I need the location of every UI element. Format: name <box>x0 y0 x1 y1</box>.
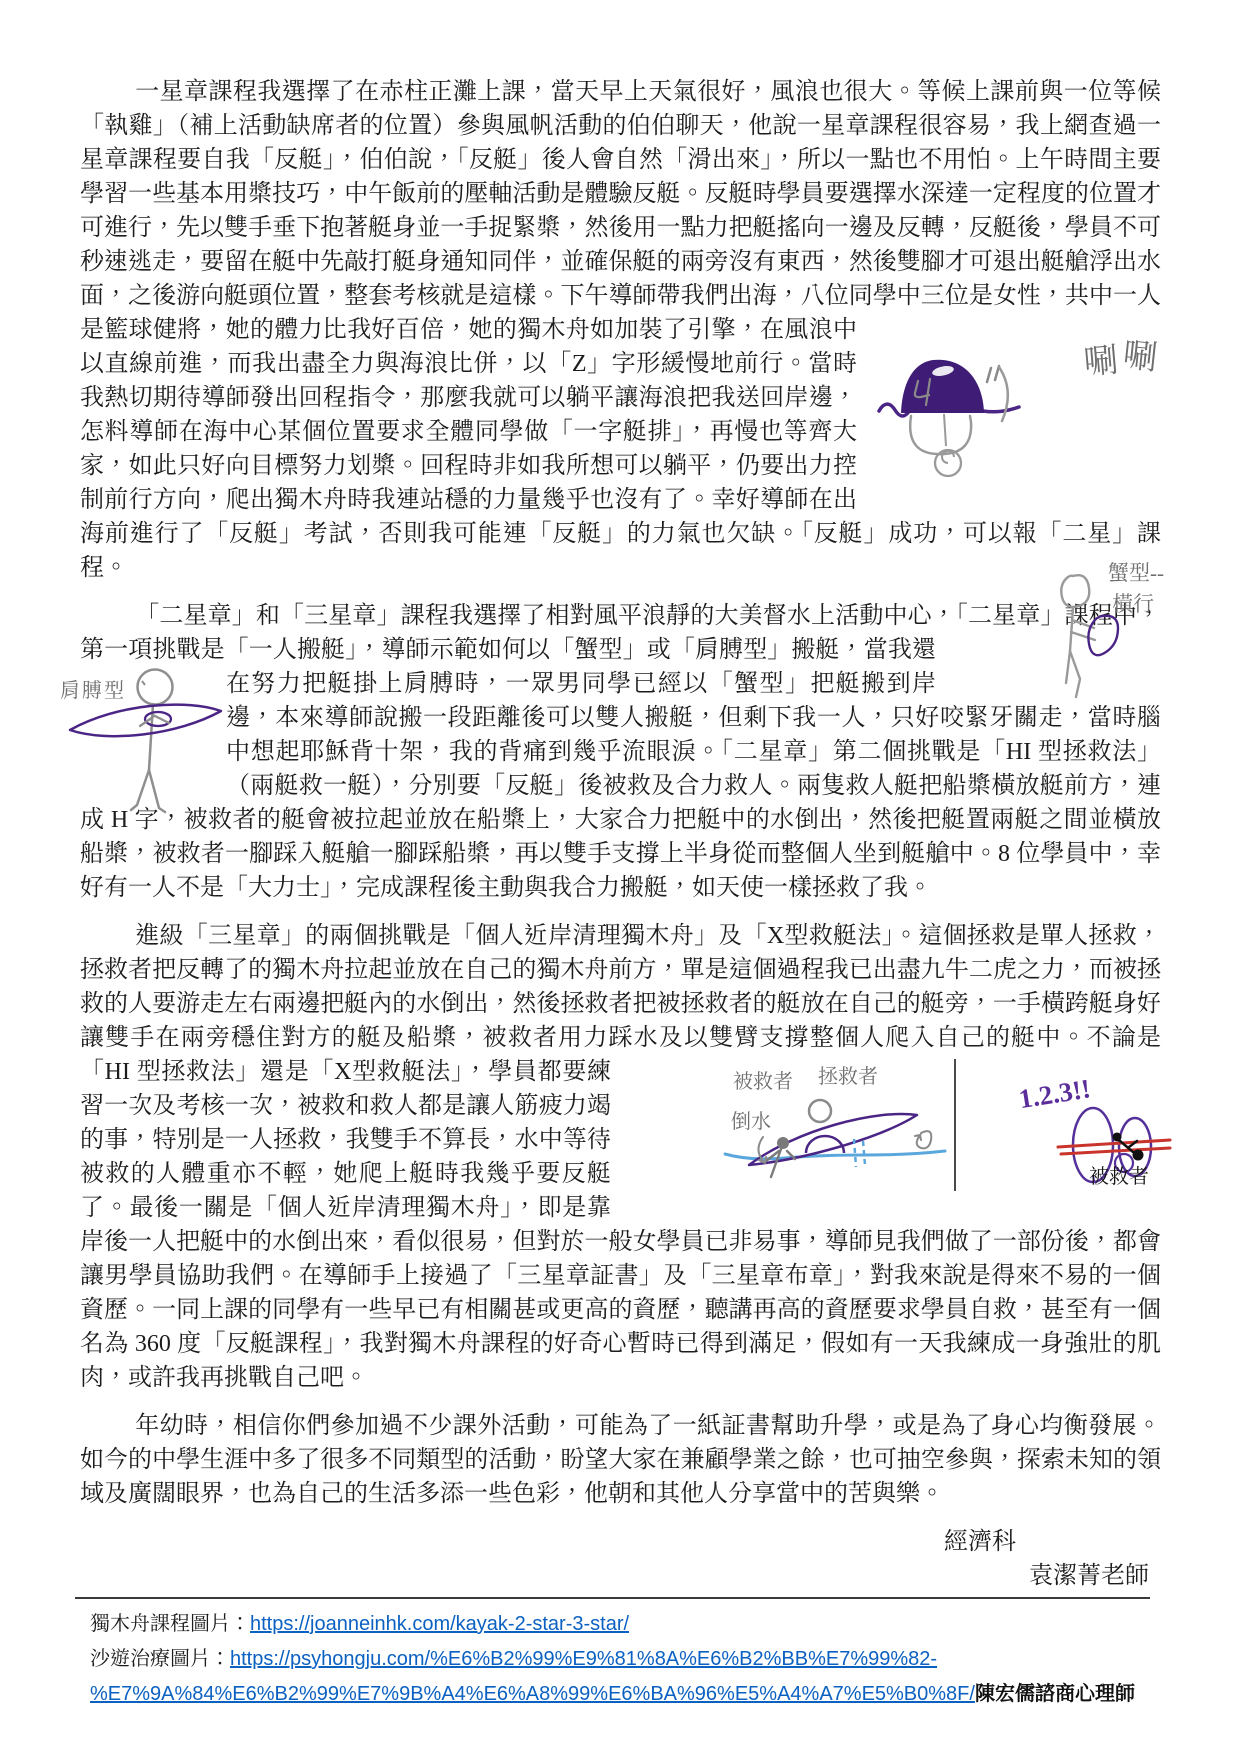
rescuer-label: 拯救者 <box>818 1065 878 1088</box>
crab-carry-label-1: 蟹型-- <box>1108 561 1164 585</box>
capsize-sketch: 唰 唰 <box>871 313 1161 483</box>
pour-water-label: 倒水 <box>731 1110 771 1133</box>
signature-teacher-name: 袁潔菁老師 <box>80 1559 1161 1593</box>
footnotes-section: 獨木舟課程圖片：https://joanneinhk.com/kayak-2-s… <box>80 1597 1161 1712</box>
paragraph-3: 進級「三星章」的兩個挑戰是「個人近岸清理獨木舟」及「X型救艇法」。這個拯救是單人… <box>80 919 1161 1395</box>
paragraph-1-text-a: 一星章課程我選擇了在赤柱正灘上課，當天早上天氣很好，風浪也很大。等候上課前與一位… <box>80 79 1161 343</box>
crab-carry-figure-icon: 蟹型-- 橫行 <box>1040 556 1240 706</box>
sand-therapy-link-part2[interactable]: %E7%9A%84%E6%B2%99%E7%9B%A4%E6%A8%99%E6%… <box>90 1683 975 1705</box>
footnote-1-label: 獨木舟課程圖片： <box>90 1613 250 1635</box>
rescued-person-label: 被救者 <box>733 1070 793 1093</box>
footnote-line-1: 獨木舟課程圖片：https://joanneinhk.com/kayak-2-s… <box>90 1607 1161 1642</box>
paragraph-3-text-a: 進級「三星章」的兩個挑戰是「個人近岸清理獨木舟」及「X型救艇法」。這個拯救是單人… <box>80 923 1161 1051</box>
shoulder-carry-label: 肩膊型 <box>60 679 126 702</box>
footnote-line-2: 沙遊治療圖片：https://psyhongju.com/%E6%B2%99%E… <box>90 1642 1161 1677</box>
paragraph-1: 一星章課程我選擇了在赤柱正灘上課，當天早上天氣很好，風浪也很大。等候上課前與一位… <box>80 75 1161 585</box>
count-label: 1.2.3!! <box>1017 1073 1093 1114</box>
footnote-2-label: 沙遊治療圖片： <box>90 1648 230 1670</box>
rescue-methods-sketch: 被救者 拯救者 倒水 1.2.3!! 被救者 <box>621 1055 1161 1193</box>
footnote-line-3: %E7%9A%84%E6%B2%99%E7%9B%A4%E6%A8%99%E6%… <box>90 1677 1161 1712</box>
paragraph-4: 年幼時，相信你們參加過不少課外活動，可能為了一紙証書幫助升學，或是為了身心均衡發… <box>80 1409 1161 1511</box>
footnote-separator <box>75 1597 1150 1599</box>
signature-department: 經濟科 <box>80 1525 1161 1559</box>
splash-sound-text-2: 唰 <box>1121 337 1159 377</box>
kayak-course-link[interactable]: https://joanneinhk.com/kayak-2-star-3-st… <box>250 1613 629 1635</box>
document-page: 一星章課程我選擇了在赤柱正灘上課，當天早上天氣很好，風浪也很大。等候上課前與一位… <box>0 0 1241 1754</box>
shoulder-carry-sketch: 肩膊型 <box>80 667 216 803</box>
crab-carry-sketch: 蟹型-- 橫行 <box>1040 556 1240 706</box>
paragraph-4-text: 年幼時，相信你們參加過不少課外活動，可能為了一紙証書幫助升學，或是為了身心均衡發… <box>80 1413 1161 1507</box>
paragraph-2: 「二星章」和「三星章」課程我選擇了相對風平浪靜的大美督水上活動中心，「二星章」課… <box>80 599 1161 905</box>
capsized-kayak-icon: 唰 唰 <box>871 313 1161 483</box>
sand-therapy-link-part1[interactable]: https://psyhongju.com/%E6%B2%99%E9%81%8A… <box>230 1648 937 1670</box>
rescued-person-label-2: 被救者 <box>1089 1165 1149 1188</box>
psychologist-name-text: 陳宏儒諮商心理師 <box>975 1683 1135 1705</box>
splash-sound-text-1: 唰 <box>1082 342 1119 382</box>
rescue-diagram-icon: 被救者 拯救者 倒水 1.2.3!! 被救者 <box>621 1055 1161 1193</box>
signature-block: 經濟科 袁潔菁老師 <box>80 1525 1161 1593</box>
shoulder-carry-figure-icon: 肩膊型 <box>58 667 230 819</box>
crab-carry-label-2: 橫行 <box>1112 592 1154 616</box>
